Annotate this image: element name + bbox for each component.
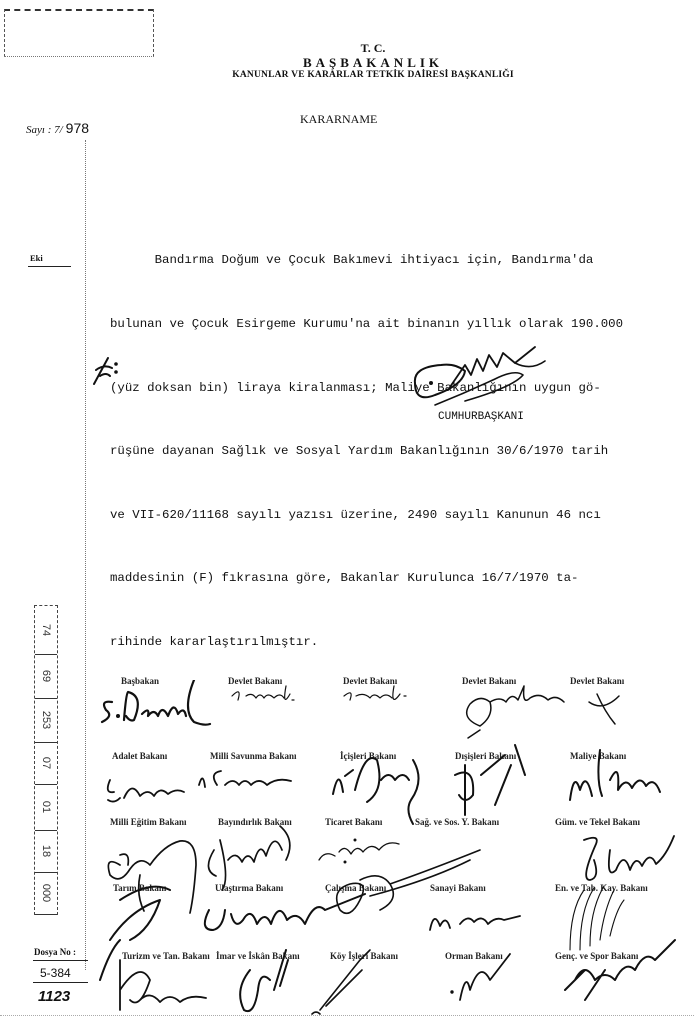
document-title: KARARNAME [300, 112, 377, 127]
dosya-underline [33, 960, 88, 961]
president-signature [405, 345, 565, 420]
signatory-title: CUMHURBAŞKANI [438, 411, 524, 423]
signature-bayindirlik [200, 820, 300, 900]
signature-imar [230, 930, 310, 1020]
dosya-label: Dosya No : [34, 947, 76, 957]
signature-turizm [110, 950, 220, 1020]
dosya-number: 5-384 [40, 966, 71, 980]
header-tc: T. C. [26, 41, 694, 56]
header-department: KANUNLAR VE KARARLAR TETKİK DAİRESİ BAŞK… [26, 70, 694, 80]
stamp-cell: 01 [35, 784, 57, 831]
header-institution: BAŞBAKANLIK [26, 55, 694, 71]
signature-orman [440, 950, 520, 1010]
signature-adalet [100, 770, 190, 810]
minister-title: Milli Savunma Bakanı [210, 751, 297, 761]
signature-icisleri [325, 740, 425, 830]
minister-title: Adalet Bakanı [112, 751, 167, 761]
stamp-cell-value: 000 [40, 884, 52, 902]
sayi: Sayı : 7/978 [26, 120, 89, 136]
stamp-cell-value: 01 [40, 801, 52, 813]
stamp-cell: 253 [35, 698, 57, 743]
eki-underline [28, 266, 71, 267]
signature-devlet-2 [340, 682, 420, 710]
signature-disisleri [445, 735, 545, 825]
stamp-cell-value: 253 [40, 711, 52, 729]
body-line: rüşüne dayanan Sağlık ve Sosyal Yardım B… [110, 441, 670, 462]
body-line: bulunan ve Çocuk Esirgeme Kurumu'na ait … [110, 314, 670, 335]
eki-label: Eki [30, 253, 43, 263]
stamp-cell-value: 74 [40, 624, 52, 636]
stamp-cell-value: 18 [40, 845, 52, 857]
dosya-number-underline [33, 982, 88, 983]
signature-koy [310, 930, 390, 1020]
bottom-border [0, 1015, 694, 1016]
signature-maliye [560, 740, 670, 810]
body-line: (yüz doksan bin) liraya kiralanması; Mal… [110, 378, 670, 399]
sayi-label: Sayı : 7/ [26, 124, 63, 136]
stamp-cell: 74 [35, 606, 57, 655]
signature-savunma [195, 765, 305, 795]
stamp-cell: 000 [35, 872, 57, 915]
signature-sanayi [420, 900, 530, 940]
signature-genclik [555, 930, 685, 1010]
stamp-cell-value: 69 [40, 670, 52, 682]
stamp-cell-value: 07 [40, 757, 52, 769]
body-line: ve VII-620/11168 sayılı yazısı üzerine, … [110, 505, 670, 526]
minister-title: Güm. ve Tekel Bakanı [555, 817, 640, 827]
signature-devlet-1 [228, 682, 308, 710]
body-line: Bandırma Doğum ve Çocuk Bakımevi ihtiyac… [110, 250, 670, 271]
initial-signature [90, 350, 130, 390]
body-line: rihinde kararlaştırılmıştır. [110, 632, 670, 653]
body-line: maddesinin (F) fıkrasına göre, Bakanlar … [110, 568, 670, 589]
sayi-number: 978 [66, 120, 89, 136]
margin-line [85, 140, 86, 970]
signature-basbakan [98, 680, 218, 730]
signature-devlet-4 [585, 690, 625, 730]
registry-stamp: 7469253070118000 [34, 605, 58, 915]
signature-devlet-3 [460, 682, 580, 742]
stamp-cell: 69 [35, 654, 57, 699]
stamp-cell: 18 [35, 830, 57, 873]
dosya-handwritten-number: 1123 [38, 988, 70, 1005]
decree-body: Bandırma Doğum ve Çocuk Bakımevi ihtiyac… [110, 208, 670, 674]
stamp-cell: 07 [35, 742, 57, 785]
